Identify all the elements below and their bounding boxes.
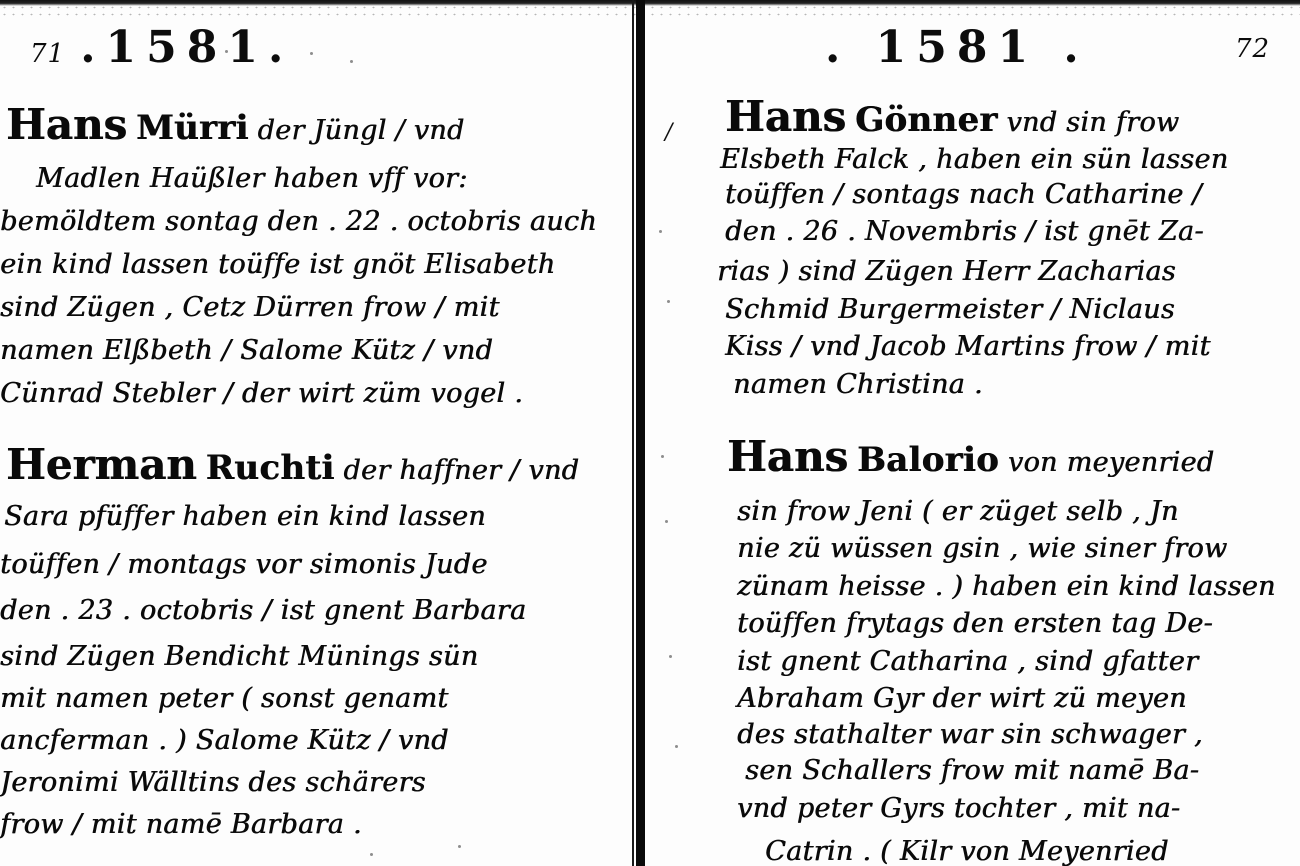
entry-line: rias ) sind Zügen Herr Zacharias <box>717 255 1176 289</box>
entry-line: Jeronimi Wälltins des schärers <box>0 766 426 800</box>
entry-line: frow / mit namē Barbara . <box>0 808 362 842</box>
entry-line: sind Zügen , Cetz Dürren frow / mit <box>0 291 500 325</box>
entry-lead-name: Hans <box>725 92 846 141</box>
entry-line: des stathalter war sin schwager , <box>737 718 1203 752</box>
left-page-header: 71 .1581. <box>30 22 293 73</box>
entry-line: sen Schallers frow mit namē Ba- <box>745 754 1199 788</box>
scan-speck <box>310 52 313 55</box>
right-folio: 72 <box>1235 34 1270 64</box>
entry-lead-name: Herman <box>6 440 197 489</box>
entry-line: toüffen frytags den ersten tag De- <box>737 607 1213 641</box>
entry-lead-name: Hans <box>6 100 127 149</box>
entry-line: ancferman . ) Salome Kütz / vnd <box>0 724 449 758</box>
entry-line: Cünrad Stebler / der wirt züm vogel . <box>0 377 523 411</box>
entry-line: sind Zügen Bendicht Münings sün <box>0 640 478 674</box>
entry-line: Hans Mürri der Jüngl / vnd <box>6 108 464 148</box>
entry-surname: Ruchti <box>206 448 335 488</box>
entry-line: nie zü wüssen gsin , wie siner frow <box>737 532 1227 566</box>
entry-text: vnd sin frow <box>997 107 1179 138</box>
entry-line: Sara pfüffer haben ein kind lassen <box>4 500 486 534</box>
scan-speck <box>665 520 668 523</box>
entry-line: sin frow Jeni ( er züget selb , Jn <box>737 495 1179 529</box>
entry-surname: Mürri <box>136 108 249 148</box>
folio-number: 72 <box>1235 34 1270 64</box>
entry-line: den . 23 . octobris / ist gnent Barbara <box>0 594 526 628</box>
entry-line: ein kind lassen toüffe ist gnöt Elisabet… <box>0 248 555 282</box>
entry-line: namen Elßbeth / Salome Kütz / vnd <box>0 334 493 368</box>
scan-speck <box>225 50 228 53</box>
entry-line: vnd peter Gyrs tochter , mit na- <box>737 792 1180 826</box>
right-page-header: . 1581 . <box>825 22 1089 73</box>
scan-speck <box>667 300 670 303</box>
entry-line: ist gnent Catharina , sind gfatter <box>737 645 1198 679</box>
entry-line: Catrin . ( Kilr von Meyenried <box>765 835 1169 866</box>
entry-line: Abraham Gyr der wirt zü meyen <box>737 682 1187 716</box>
year-heading: . 1581 . <box>825 22 1089 73</box>
entry-line: namen Christina . <box>733 368 983 402</box>
entry-line: zünam heisse . ) haben ein kind lassen <box>737 570 1276 604</box>
scan-speck <box>675 745 678 748</box>
scan-speck <box>458 845 461 848</box>
entry-line: Elsbeth Falck , haben ein sün lassen <box>720 143 1228 177</box>
scanned-manuscript: 71 .1581. Hans Mürri der Jüngl / vnd Mad… <box>0 0 1300 866</box>
entry-surname: Balorio <box>857 440 999 480</box>
entry-text: der Jüngl / vnd <box>249 115 465 146</box>
entry-line: toüffen / sontags nach Catharine / <box>725 178 1202 212</box>
scan-speck <box>659 230 662 233</box>
year-heading: .1581. <box>80 22 293 73</box>
scan-speck <box>370 853 373 856</box>
entry-line: Hans Balorio von meyenried <box>727 440 1214 480</box>
scan-speck <box>350 60 353 63</box>
entry-line: mit namen peter ( sonst genamt <box>0 682 448 716</box>
left-page-edge <box>632 0 634 866</box>
entry-text: der haffner / vnd <box>334 455 579 486</box>
entry-line: Schmid Burgermeister / Niclaus <box>725 293 1175 327</box>
entry-line: Madlen Haüßler haben vff vor: <box>36 162 468 196</box>
right-page: . 1581 . 72 / Hans Gönner vnd sin frow E… <box>645 0 1300 866</box>
entry-line: toüffen / montags vor simonis Jude <box>0 548 488 582</box>
entry-line: Herman Ruchti der haffner / vnd <box>6 448 579 488</box>
entry-text: von meyenried <box>999 447 1214 478</box>
entry-line: Hans Gönner vnd sin frow <box>725 100 1179 140</box>
entry-line: bemöldtem sontag den . 22 . octobris auc… <box>0 205 597 239</box>
entry-line: den . 26 . Novembris / ist gnēt Za- <box>725 215 1204 249</box>
scan-speck <box>669 655 672 658</box>
margin-tick: / <box>665 120 672 145</box>
entry-lead-name: Hans <box>727 432 848 481</box>
scan-speck <box>661 455 664 458</box>
entry-surname: Gönner <box>855 100 998 140</box>
entry-line: Kiss / vnd Jacob Martins frow / mit <box>725 330 1211 364</box>
folio-number: 71 <box>30 39 65 69</box>
left-page: 71 .1581. Hans Mürri der Jüngl / vnd Mad… <box>0 0 632 866</box>
book-gutter <box>636 0 645 866</box>
